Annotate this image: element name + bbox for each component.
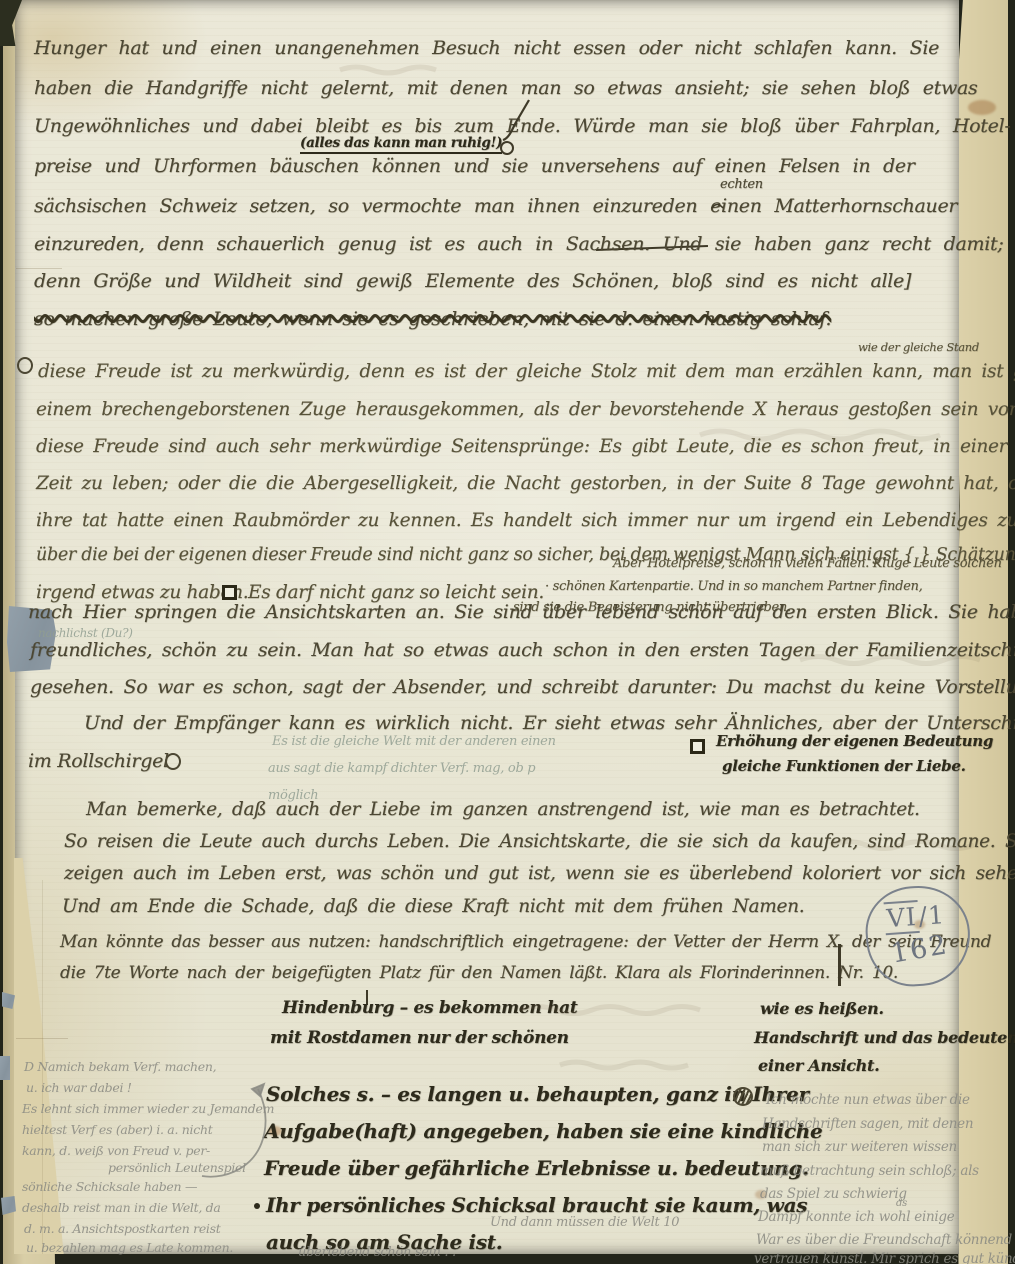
pencil-annotation: persönlich Leutenspiel	[108, 1161, 246, 1175]
ink-vertical-stroke	[838, 944, 841, 986]
pencil-annotation: War es über die Freundschaft könnend	[756, 1233, 1012, 1248]
pencil-annotation: vertrauen künstl. Mir sprich es gut künd…	[754, 1252, 1015, 1264]
manuscript-line: im Rollschirgel	[28, 751, 169, 772]
manuscript-line: Hindenburg – es bekommen hat	[282, 999, 577, 1018]
manuscript-line: ihre tat hatte einen Raubmörder zu kenne…	[36, 511, 1015, 531]
manuscript-line: diese Freude sind auch sehr merkwürdige …	[36, 437, 1015, 457]
interline-insertion: Aber Hotelpreise, schon in vielen Fällen…	[613, 557, 1002, 571]
pencil-annotation: d. m. a. Ansichtspostkarten reist	[24, 1222, 220, 1236]
insertion-square-icon	[222, 585, 237, 600]
archive-slash-one: /1	[918, 900, 946, 931]
interline-insertion: · schönen Kartenpartie. Und in so manche…	[545, 580, 922, 594]
pencil-annotation: das Spiel zu schwierig	[760, 1187, 907, 1202]
manuscript-line: Man bemerke, daß auch der Liebe im ganze…	[86, 800, 920, 820]
manuscript-line: Freude über gefährliche Erlebnisse u. be…	[264, 1157, 809, 1179]
pencil-annotation: sönliche Schicksale haben —	[22, 1180, 197, 1194]
manuscript-line: einzureden, denn schauerlich genug ist e…	[34, 234, 1003, 255]
margin-ink-note: gleiche Funktionen der Liebe.	[722, 758, 966, 775]
margin-ink-note: Erhöhung der eigenen Bedeutung	[716, 733, 993, 750]
pencil-annotation: man sich zur weiteren wissen	[762, 1140, 957, 1155]
pencil-annotation: hieltest Verf es (aber) i. a. nicht	[22, 1123, 212, 1137]
tape-fleck	[0, 1056, 10, 1080]
pencil-annotation: muß betrachtung sein schloß; als	[760, 1164, 979, 1179]
manuscript-line: preise und Uhrformen bäuschen können und…	[34, 156, 915, 177]
pencil-annotation: Und dann müssen die Welt 10	[490, 1216, 679, 1230]
pencil-annotation: Handschriften sagen, mit denen	[762, 1117, 973, 1132]
page-edge-right	[953, 0, 1008, 1264]
interline-insertion: (alles das kann man ruhig!)	[300, 136, 502, 154]
paper-crease	[16, 268, 62, 269]
manuscript-line: freundliches, schön zu sein. Man hat so …	[30, 640, 1015, 661]
pencil-annotation: aus sagt die kampf dichter Verf. mag, ob…	[268, 762, 535, 776]
manuscript-line: denn Größe und Wildheit sind gewiß Eleme…	[34, 271, 911, 292]
manuscript-line: Ihr persönliches Schicksal braucht sie k…	[266, 1194, 807, 1216]
ink-bullet-icon	[254, 1203, 260, 1209]
pencil-annotation: kann, d. weiß von Freud v. per-	[22, 1144, 210, 1158]
manuscript-line: die 7te Worte nach der beigefügten Platz…	[60, 964, 898, 983]
archive-number-top: VI/1	[884, 900, 946, 933]
manuscript-line: Man könnte das besser aus nutzen: handsc…	[60, 933, 991, 952]
manuscript-line: Ungewöhnliches und dabei bleibt es bis z…	[34, 116, 1010, 137]
insertion-square-icon	[690, 739, 705, 754]
pencil-annotation: Ich möchte nun etwas über die	[766, 1093, 970, 1108]
manuscript-line: So reisen die Leute auch durchs Leben. D…	[64, 832, 1015, 852]
interline-insertion: echten	[720, 178, 763, 192]
manuscript-line: wie es heißen.	[760, 1000, 884, 1018]
pencil-annotation: Es lehnt sich immer wieder zu Jemandem	[22, 1102, 274, 1116]
manuscript-line: nach Hier springen die Ansichtskarten an…	[28, 602, 1015, 623]
paragraph-circle-icon	[165, 753, 181, 770]
manuscript-line: einem brechengeborstenen Zuge herausgeko…	[36, 400, 1015, 420]
pencil-annotation: u. ich war dabei !	[26, 1081, 132, 1095]
manuscript-line: sächsischen Schweiz setzen, so vermochte…	[34, 196, 957, 217]
hatched-circle-icon	[733, 1087, 753, 1106]
struck-out-line: so machen große Leute, wenn sie es gesch…	[34, 309, 831, 330]
manuscript-line: gesehen. So war es schon, sagt der Absen…	[30, 677, 1015, 698]
archive-roman-numeral: VI	[884, 900, 920, 935]
manuscript-line: diese Freude ist zu merkwürdig, denn es …	[38, 362, 1015, 382]
manuscript-line: mit Rostdamen nur der schönen	[270, 1029, 569, 1048]
manuscript-line: Und der Empfänger kann es wirklich nicht…	[84, 713, 1015, 734]
pencil-annotation: Dampf konnte ich wohl einige	[758, 1210, 954, 1225]
manuscript-line: Aufgabe(haft) angegeben, haben sie eine …	[264, 1120, 822, 1142]
paragraph-circle-icon	[17, 357, 33, 374]
margin-note: wie der gleiche Stand	[858, 341, 979, 354]
archive-number-bottom: 162	[889, 929, 951, 970]
manuscript-line: Zeit zu leben; oder die die Abergesellig…	[36, 474, 1015, 494]
pencil-annotation: überlebend schön sein . .	[298, 1246, 456, 1260]
rust-stain	[968, 100, 996, 115]
pencil-annotation: Es ist die gleiche Welt mit der anderen …	[272, 735, 556, 749]
manuscript-scan: Hunger hat und einen unangenehmen Besuch…	[0, 0, 1015, 1264]
pencil-annotation: D Namich bekam Verf. machen,	[24, 1060, 216, 1074]
manuscript-line: Handschrift und das bedeutend	[754, 1029, 1015, 1047]
manuscript-line: einer Ansicht.	[758, 1057, 879, 1075]
manuscript-line: Solches s. – es langen u. behaupten, gan…	[266, 1083, 809, 1105]
pencil-annotation: u. bezahlen mag es Late kommen.	[26, 1241, 233, 1255]
manuscript-line: Hunger hat und einen unangenehmen Besuch…	[34, 38, 939, 59]
manuscript-line: haben die Handgriffe nicht gelernt, mit …	[34, 78, 977, 99]
manuscript-line: zeigen auch im Leben erst, was schön und…	[64, 864, 1015, 884]
manuscript-line: Und am Ende die Schade, daß die diese Kr…	[62, 897, 804, 917]
pencil-annotation: deshalb reist man in die Welt, da	[22, 1201, 221, 1215]
pencil-insertion: ds	[896, 1198, 907, 1209]
